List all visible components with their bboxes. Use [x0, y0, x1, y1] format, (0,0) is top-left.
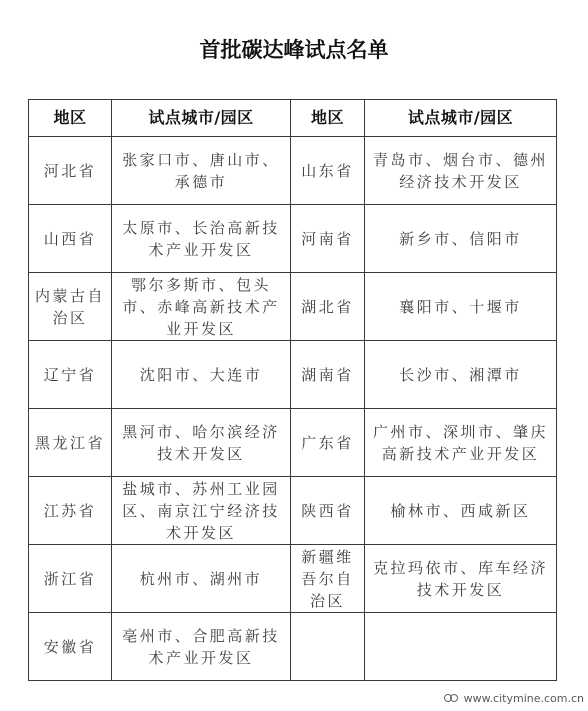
- citymine-logo-icon: [444, 694, 458, 704]
- pilots-cell: 太原市、长治高新技术产业开发区: [112, 205, 291, 273]
- region-cell: 山西省: [29, 205, 112, 273]
- region-cell: 浙江省: [29, 545, 112, 613]
- table-row: 辽宁省 沈阳市、大连市 湖南省 长沙市、湘潭市: [29, 341, 557, 409]
- region-cell: 湖南省: [291, 341, 365, 409]
- region-cell: 河南省: [291, 205, 365, 273]
- watermark: www.citymine.com.cn: [444, 692, 584, 705]
- pilots-cell: 新乡市、信阳市: [365, 205, 557, 273]
- region-cell: 广东省: [291, 409, 365, 477]
- region-cell: 江苏省: [29, 477, 112, 545]
- table-row: 安徽省 亳州市、合肥高新技术产业开发区: [29, 613, 557, 681]
- region-cell: 陕西省: [291, 477, 365, 545]
- pilots-cell: 广州市、深圳市、肇庆高新技术产业开发区: [365, 409, 557, 477]
- table-row: 河北省 张家口市、唐山市、承德市 山东省 青岛市、烟台市、德州经济技术开发区: [29, 137, 557, 205]
- pilots-cell: 襄阳市、十堰市: [365, 273, 557, 341]
- pilots-cell: 盐城市、苏州工业园区、南京江宁经济技术开发区: [112, 477, 291, 545]
- table-header-row: 地区 试点城市/园区 地区 试点城市/园区: [29, 100, 557, 137]
- region-cell: 山东省: [291, 137, 365, 205]
- header-region-left: 地区: [29, 100, 112, 137]
- pilots-cell: 克拉玛依市、库车经济技术开发区: [365, 545, 557, 613]
- pilots-cell: 亳州市、合肥高新技术产业开发区: [112, 613, 291, 681]
- pilots-cell: 鄂尔多斯市、包头市、赤峰高新技术产业开发区: [112, 273, 291, 341]
- watermark-text: www.citymine.com.cn: [464, 692, 584, 705]
- region-cell: 内蒙古自治区: [29, 273, 112, 341]
- table-row: 内蒙古自治区 鄂尔多斯市、包头市、赤峰高新技术产业开发区 湖北省 襄阳市、十堰市: [29, 273, 557, 341]
- pilots-cell: 沈阳市、大连市: [112, 341, 291, 409]
- pilots-cell: 杭州市、湖州市: [112, 545, 291, 613]
- empty-pilots-cell: [365, 613, 557, 681]
- header-pilots-left: 试点城市/园区: [112, 100, 291, 137]
- pilots-cell: 榆林市、西咸新区: [365, 477, 557, 545]
- pilots-cell: 青岛市、烟台市、德州经济技术开发区: [365, 137, 557, 205]
- table-row: 江苏省 盐城市、苏州工业园区、南京江宁经济技术开发区 陕西省 榆林市、西咸新区: [29, 477, 557, 545]
- pilots-cell: 张家口市、唐山市、承德市: [112, 137, 291, 205]
- table-row: 黑龙江省 黑河市、哈尔滨经济技术开发区 广东省 广州市、深圳市、肇庆高新技术产业…: [29, 409, 557, 477]
- region-cell: 黑龙江省: [29, 409, 112, 477]
- region-cell: 湖北省: [291, 273, 365, 341]
- region-cell: 安徽省: [29, 613, 112, 681]
- region-cell: 辽宁省: [29, 341, 112, 409]
- table-row: 浙江省 杭州市、湖州市 新疆维吾尔自治区 克拉玛依市、库车经济技术开发区: [29, 545, 557, 613]
- pilot-list-table: 地区 试点城市/园区 地区 试点城市/园区 河北省 张家口市、唐山市、承德市 山…: [28, 99, 557, 681]
- empty-region-cell: [291, 613, 365, 681]
- header-region-right: 地区: [291, 100, 365, 137]
- document-title: 首批碳达峰试点名单: [0, 34, 588, 64]
- pilots-cell: 长沙市、湘潭市: [365, 341, 557, 409]
- pilots-cell: 黑河市、哈尔滨经济技术开发区: [112, 409, 291, 477]
- table-row: 山西省 太原市、长治高新技术产业开发区 河南省 新乡市、信阳市: [29, 205, 557, 273]
- header-pilots-right: 试点城市/园区: [365, 100, 557, 137]
- region-cell: 新疆维吾尔自治区: [291, 545, 365, 613]
- region-cell: 河北省: [29, 137, 112, 205]
